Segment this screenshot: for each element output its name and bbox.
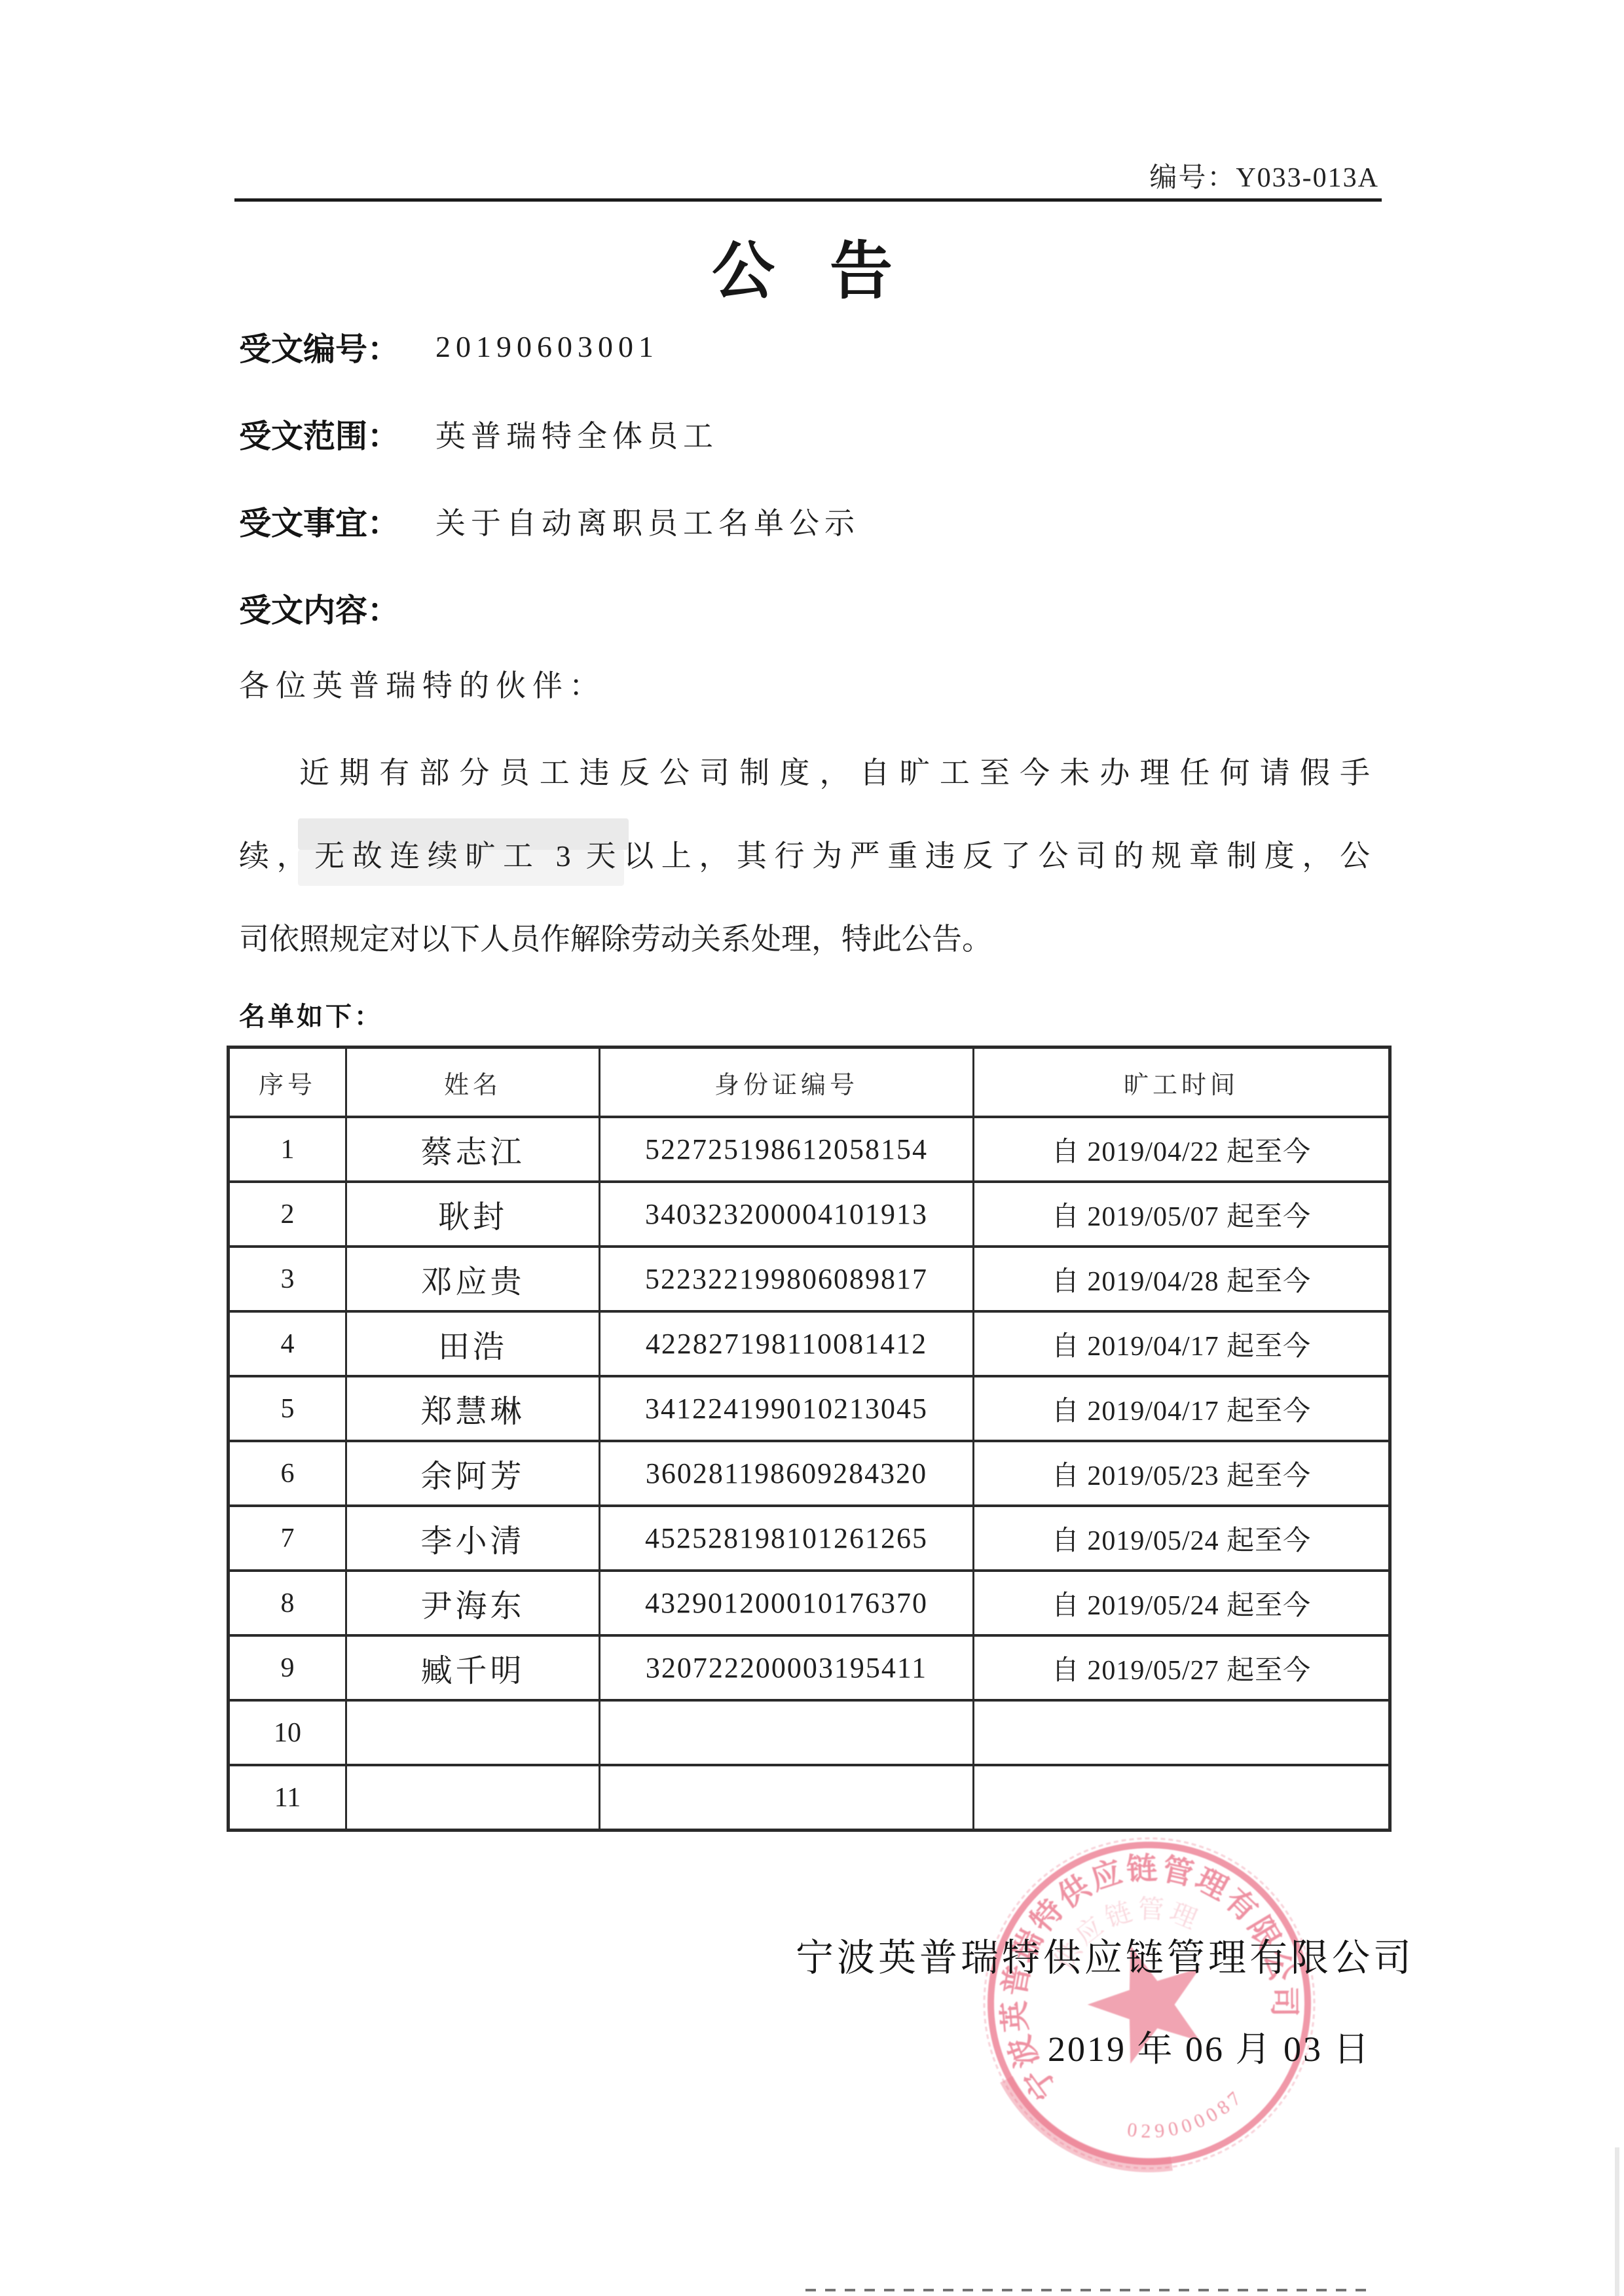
- table-cell: 432901200010176370: [600, 1571, 974, 1635]
- field-value: 20190603001: [435, 329, 659, 364]
- scan-edge-shadow: [1615, 2147, 1619, 2296]
- page-title: 公 告: [0, 221, 1624, 311]
- field-content: 受文内容：: [239, 564, 1392, 651]
- table-row: 3邓应贵522322199806089817自 2019/04/28 起至今: [229, 1247, 1390, 1311]
- table-row: 5郑慧琳341224199010213045自 2019/04/17 起至今: [229, 1376, 1390, 1441]
- paragraph-line: 续，无故连续旷工 3 天以上，其行为严重违反了公司的规章制度，公: [239, 814, 1370, 898]
- table-cell: 自 2019/04/28 起至今: [974, 1247, 1390, 1311]
- table-cell: [346, 1765, 600, 1831]
- field-label: 受文事宜：: [239, 498, 435, 544]
- signature-company: 宁波英普瑞特供应链管理有限公司: [796, 1931, 1414, 1977]
- table-cell: 自 2019/05/07 起至今: [974, 1182, 1390, 1247]
- table-cell: 320722200003195411: [600, 1635, 974, 1700]
- table-cell: 自 2019/05/24 起至今: [974, 1571, 1390, 1635]
- table-cell: 10: [229, 1700, 346, 1765]
- doc-number: 编号：Y033-013A: [1149, 156, 1379, 195]
- body-paragraph: 近期有部分员工违反公司制度，自旷工至今未办理任何请假手 续，无故连续旷工 3 天…: [239, 731, 1370, 981]
- table-cell: 360281198609284320: [600, 1441, 974, 1506]
- scan-edge-line: [805, 2289, 1369, 2291]
- field-value: 关于自动离职员工名单公示: [435, 500, 860, 543]
- table-cell: 余阿芳: [346, 1441, 600, 1506]
- table-cell: 1: [229, 1117, 346, 1182]
- table-cell: 522725198612058154: [600, 1117, 974, 1182]
- table-cell: 5: [229, 1376, 346, 1441]
- table-header: 序号 姓名 身份证编号 旷工时间: [229, 1048, 1390, 1118]
- table-cell: 8: [229, 1571, 346, 1635]
- table-row: 10: [229, 1700, 1390, 1765]
- paragraph-line: 近期有部分员工违反公司制度，自旷工至今未办理任何请假手: [239, 731, 1370, 814]
- field-label: 受文编号：: [239, 324, 435, 370]
- signature-date: 2019 年 06 月 03 日: [1048, 2024, 1371, 2068]
- table-cell: [346, 1700, 600, 1765]
- table-cell: 田浩: [346, 1311, 600, 1376]
- table-cell: 9: [229, 1635, 346, 1700]
- table-header-row: 序号 姓名 身份证编号 旷工时间: [229, 1048, 1390, 1118]
- table-cell: 蔡志江: [346, 1117, 600, 1182]
- table-row: 7李小清452528198101261265自 2019/05/24 起至今: [229, 1506, 1390, 1571]
- table-cell: 11: [229, 1765, 346, 1831]
- table-row: 9臧千明320722200003195411自 2019/05/27 起至今: [229, 1635, 1390, 1700]
- field-list: 受文编号： 20190603001 受文范围： 英普瑞特全体员工 受文事宜： 关…: [239, 303, 1392, 651]
- table-cell: 522322199806089817: [600, 1247, 974, 1311]
- table-cell: 自 2019/04/22 起至今: [974, 1117, 1390, 1182]
- table-cell: 422827198110081412: [600, 1311, 974, 1376]
- table-body: 1蔡志江522725198612058154自 2019/04/22 起至今2耿…: [229, 1117, 1390, 1831]
- table-cell: [600, 1700, 974, 1765]
- table-row: 2耿封340323200004101913自 2019/05/07 起至今: [229, 1182, 1390, 1247]
- field-label: 受文范围：: [239, 411, 435, 457]
- table-cell: 452528198101261265: [600, 1506, 974, 1571]
- header-rule: [234, 198, 1382, 202]
- document-page: 编号：Y033-013A 公 告 受文编号： 20190603001 受文范围：…: [0, 0, 1624, 2296]
- field-scope: 受文范围： 英普瑞特全体员工: [239, 390, 1392, 477]
- field-subject: 受文事宜： 关于自动离职员工名单公示: [239, 477, 1392, 564]
- table-cell: [974, 1700, 1390, 1765]
- table-row: 1蔡志江522725198612058154自 2019/04/22 起至今: [229, 1117, 1390, 1182]
- company-stamp: 供应链管理 宁波英普瑞特供应链管理有限公司 3302900008708: [934, 1789, 1363, 2217]
- table-cell: 自 2019/04/17 起至今: [974, 1311, 1390, 1376]
- col-header-id: 身份证编号: [600, 1048, 974, 1118]
- field-label: 受文内容：: [239, 585, 435, 631]
- table-cell: 4: [229, 1311, 346, 1376]
- table-cell: 尹海东: [346, 1571, 600, 1635]
- table-cell: 耿封: [346, 1182, 600, 1247]
- table-cell: 邓应贵: [346, 1247, 600, 1311]
- salutation: 各位英普瑞特的伙伴：: [239, 663, 606, 704]
- table-cell: 李小清: [346, 1506, 600, 1571]
- table-cell: 自 2019/05/24 起至今: [974, 1506, 1390, 1571]
- table-row: 6余阿芳360281198609284320自 2019/05/23 起至今: [229, 1441, 1390, 1506]
- table-row: 4田浩422827198110081412自 2019/04/17 起至今: [229, 1311, 1390, 1376]
- table-cell: 2: [229, 1182, 346, 1247]
- absence-table: 序号 姓名 身份证编号 旷工时间 1蔡志江522725198612058154自…: [227, 1046, 1392, 1832]
- table-cell: 郑慧琳: [346, 1376, 600, 1441]
- table-cell: 自 2019/05/23 起至今: [974, 1441, 1390, 1506]
- paragraph-line: 司依照规定对以下人员作解除劳动关系处理，特此公告。: [239, 898, 1370, 981]
- table-cell: 自 2019/05/27 起至今: [974, 1635, 1390, 1700]
- table-row: 8尹海东432901200010176370自 2019/05/24 起至今: [229, 1571, 1390, 1635]
- table-cell: 340323200004101913: [600, 1182, 974, 1247]
- table-cell: 7: [229, 1506, 346, 1571]
- col-header-index: 序号: [229, 1048, 346, 1118]
- table-cell: 3: [229, 1247, 346, 1311]
- list-intro: 名单如下：: [239, 996, 383, 1032]
- table-cell: [600, 1765, 974, 1831]
- table-cell: 6: [229, 1441, 346, 1506]
- table-cell: 自 2019/04/17 起至今: [974, 1376, 1390, 1441]
- table-cell: 341224199010213045: [600, 1376, 974, 1441]
- col-header-period: 旷工时间: [974, 1048, 1390, 1118]
- table-cell: 臧千明: [346, 1635, 600, 1700]
- field-doc-no: 受文编号： 20190603001: [239, 303, 1392, 390]
- col-header-name: 姓名: [346, 1048, 600, 1118]
- field-value: 英普瑞特全体员工: [435, 412, 718, 456]
